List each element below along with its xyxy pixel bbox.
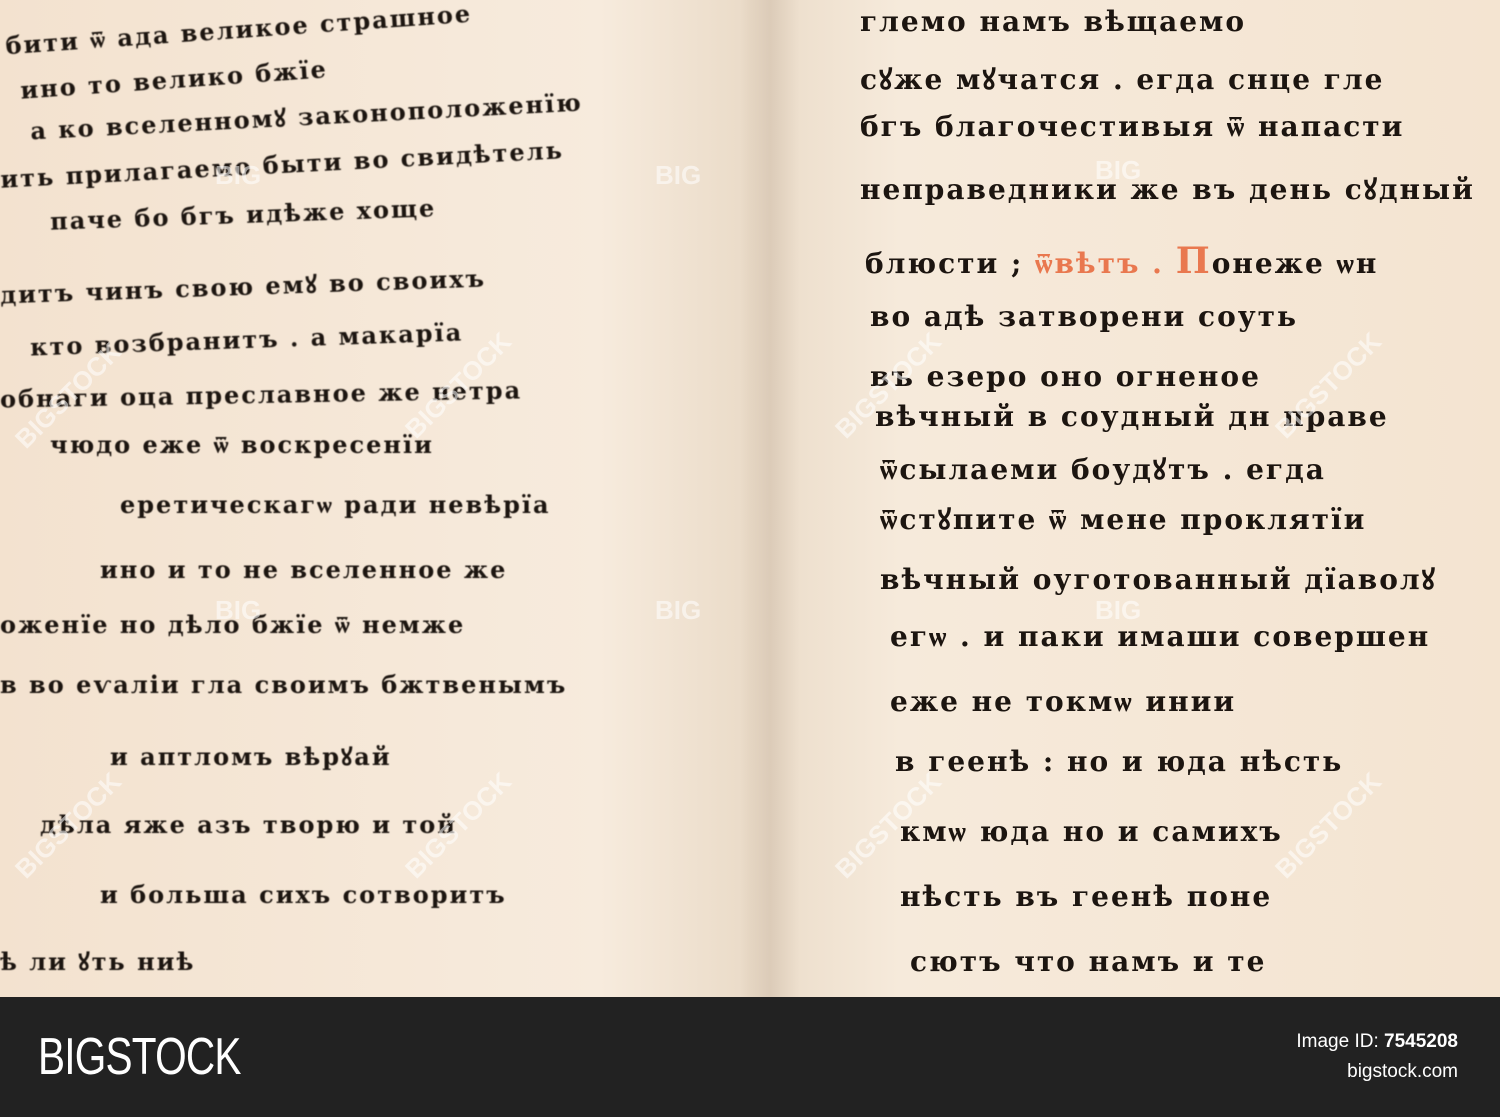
text-line: и больша сихъ сотворитъ: [100, 880, 507, 909]
text-line: дѣла яже азъ творю и той: [40, 810, 457, 839]
text-line: бити ѿ ада великое страшное: [5, 0, 474, 61]
text-line: неправедники же въ день сꙋдный: [860, 170, 1475, 208]
text-line: паче бо бгъ идѣже хоще: [50, 193, 437, 235]
book-photo: бити ѿ ада великое страшное ино то велик…: [0, 0, 1500, 997]
text-fragment: блюсти ;: [865, 247, 1023, 280]
watermark: BIG: [655, 160, 701, 191]
text-line: во адѣ затворени соуть: [870, 300, 1298, 333]
left-page: бити ѿ ада великое страшное ино то велик…: [0, 0, 750, 997]
text-line: ѿсылаеми боудꙋтъ . егда: [880, 450, 1326, 488]
text-line: егѡ . и паки имаши совершен: [890, 620, 1430, 654]
watermark: BIG: [1095, 155, 1141, 186]
text-line: еретическагѡ ради невѣрїа: [120, 490, 551, 520]
right-page: глемо намъ вѣщаемо сꙋже мꙋчатся . егда с…: [850, 0, 1500, 997]
bigstock-logo: BIGSTOCK: [38, 1027, 241, 1087]
text-line: кмѡ юда но и самихъ: [900, 815, 1283, 849]
text-line: ино и то не вселенное же: [100, 555, 507, 584]
text-fragment: онеже ѡн: [1212, 247, 1379, 280]
footer-bar: BIGSTOCK Image ID: 7545208 bigstock.com: [0, 997, 1500, 1117]
text-line: еже не токмѡ инии: [890, 685, 1236, 719]
rubric-line: блюсти ; ѿвѣтъ . Понеже ѡн: [865, 240, 1378, 282]
text-line: ино то велико бжїе: [19, 54, 328, 104]
image-id: Image ID: 7545208: [1296, 1027, 1458, 1057]
site-url: bigstock.com: [1296, 1057, 1458, 1087]
image-meta: Image ID: 7545208 bigstock.com: [1296, 1027, 1458, 1087]
text-line: ѣ ли ꙋть ниѣ: [0, 945, 195, 978]
text-line: вѣчный оуготованный дїаволꙋ: [880, 560, 1437, 598]
text-line: дитъ чинъ свою емꙋ во своихъ: [0, 262, 486, 312]
text-line: нѣсть въ геенѣ поне: [900, 880, 1272, 913]
text-line: бгъ благочестивыя ѿ напасти: [860, 110, 1404, 144]
watermark: BIG: [215, 595, 261, 626]
watermark: BIG: [215, 160, 261, 191]
rubric-red-text: ѿвѣтъ .: [1035, 247, 1164, 280]
watermark: BIG: [1095, 595, 1141, 626]
text-line: в во еѵаліи гла своимъ бжтвенымъ: [0, 670, 567, 699]
rubric-initial: П: [1176, 240, 1212, 282]
text-line: глемо намъ вѣщаемо: [860, 5, 1246, 38]
text-line: чюдо еже ѿ воскресенїи: [50, 430, 434, 460]
text-line: сютъ что намъ и те: [910, 945, 1266, 978]
text-line: сꙋже мꙋчатся . егда снце гле: [860, 60, 1384, 98]
text-line: в геенѣ : но и юда нѣсть: [895, 745, 1343, 778]
image-id-value: 7545208: [1384, 1031, 1458, 1052]
text-line: и аптломъ вѣрꙋай: [110, 740, 392, 773]
text-line: ѿстꙋпите ѿ мене проклятїи: [880, 500, 1366, 538]
image-id-label: Image ID:: [1296, 1031, 1378, 1052]
watermark: BIG: [655, 595, 701, 626]
